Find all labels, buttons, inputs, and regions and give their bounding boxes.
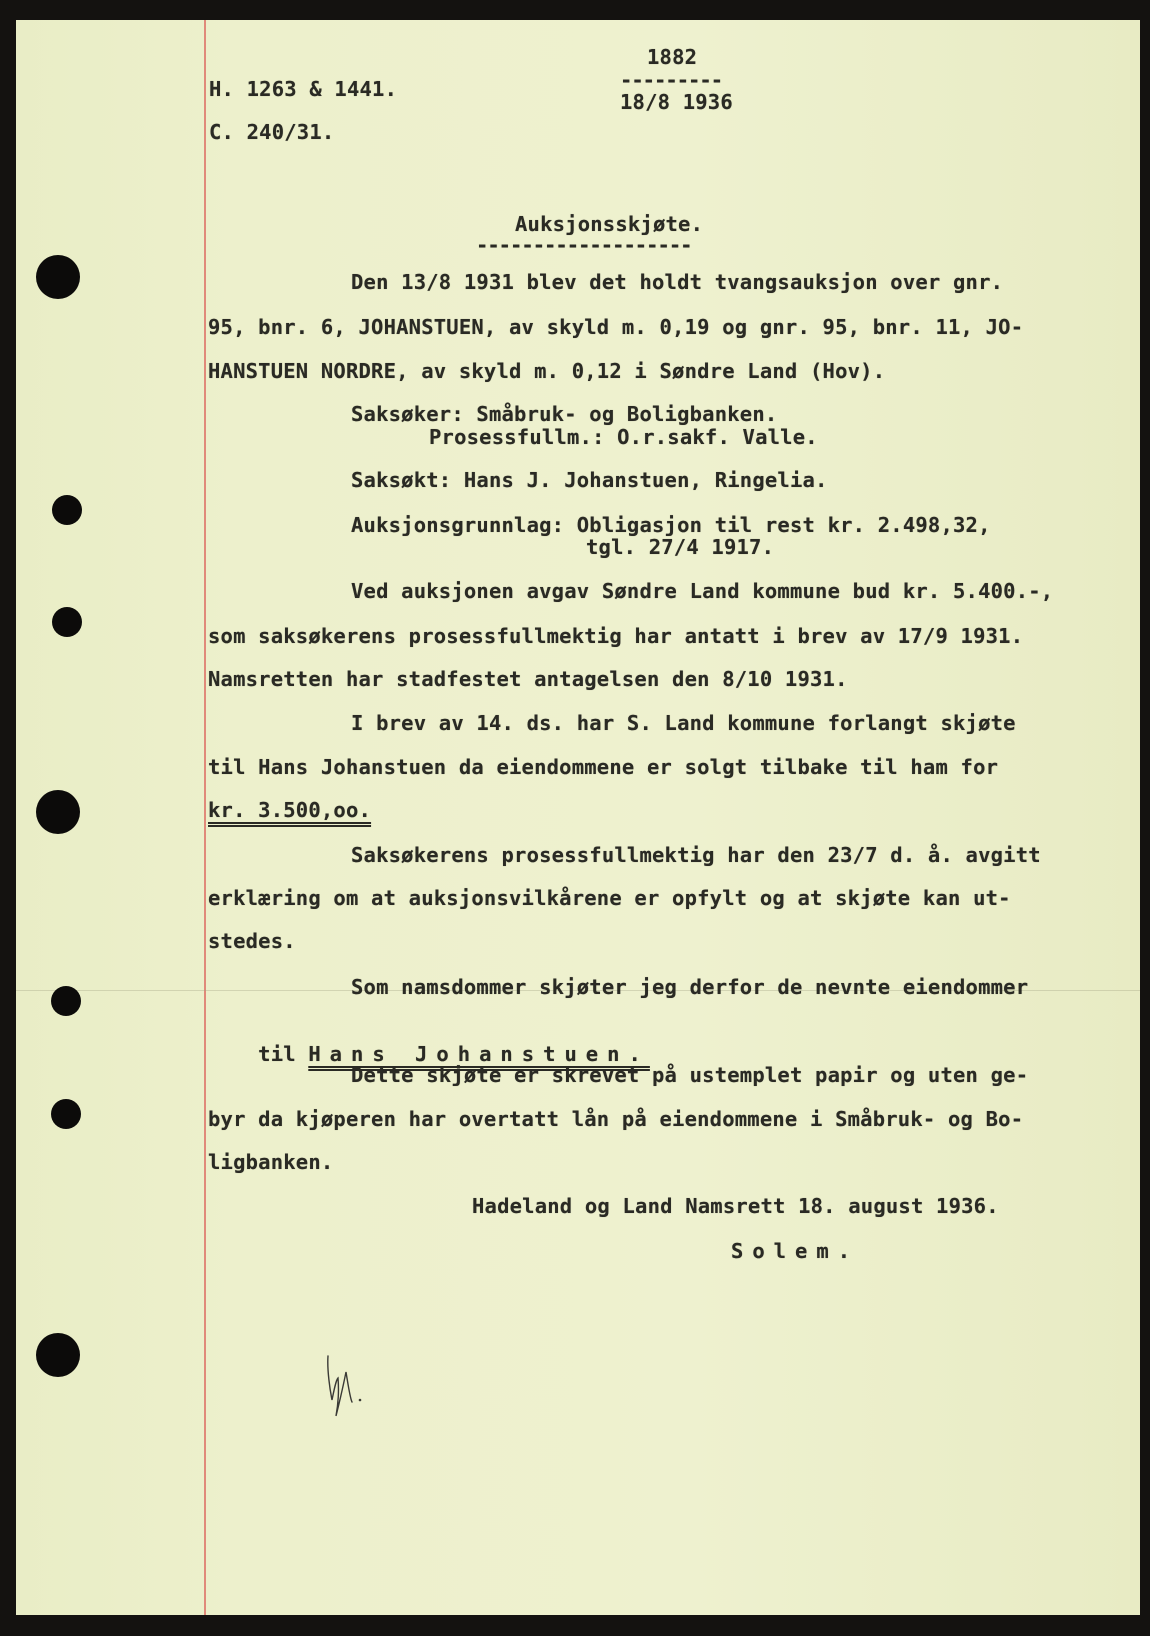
body-line: I brev av 14. ds. har S. Land kommune fo… [351,711,1016,735]
punch-hole [52,495,82,525]
body-line: Den 13/8 1931 blev det holdt tvangsauksj… [351,270,1003,294]
punch-hole [52,607,82,637]
body-line: til Hans Johanstuen da eiendommene er so… [208,755,998,779]
body-line: stedes. [208,929,296,953]
body-line: Som namsdommer skjøter jeg derfor de nev… [351,975,1028,999]
plaintiff-line: Saksøker: Småbruk- og Boligbanken. [351,402,777,426]
body-line: byr da kjøperen har overtatt lån på eien… [208,1107,1023,1131]
punch-hole [36,1333,80,1377]
auction-basis-line-2: tgl. 27/4 1917. [586,535,774,559]
page-number-rule: --------- [620,68,722,92]
case-reference-1: H. 1263 & 1441. [209,77,397,101]
punch-hole [36,255,80,299]
body-line: erklæring om at auksjonsvilkårene er opf… [208,886,1011,910]
signer-name: Solem. [731,1239,859,1263]
body-line: 95, bnr. 6, JOHANSTUEN, av skyld m. 0,19… [208,315,1023,339]
body-line: Dette skjøte er skrevet på ustemplet pap… [351,1063,1028,1087]
margin-line [204,20,206,1615]
document-date: 18/8 1936 [620,90,733,114]
case-reference-2: C. 240/31. [209,120,334,144]
auction-basis-line: Auksjonsgrunnlag: Obligasjon til rest kr… [351,513,991,537]
place-and-date: Hadeland og Land Namsrett 18. august 193… [472,1194,999,1218]
defendant-line: Saksøkt: Hans J. Johanstuen, Ringelia. [351,468,828,492]
page-number: 1882 [647,45,697,69]
body-line: Namsretten har stadfestet antagelsen den… [208,667,848,691]
body-line: Saksøkerens prosessfullmektig har den 23… [351,843,1041,867]
punch-hole [36,790,80,834]
body-line: som saksøkerens prosessfullmektig har an… [208,624,1023,648]
handwritten-initials [324,1350,374,1420]
sale-amount: kr. 3.500,oo. [208,798,371,822]
body-line: ligbanken. [208,1150,333,1174]
title-rule: ------------------- [476,233,692,257]
body-line: Ved auksjonen avgav Søndre Land kommune … [351,579,1053,603]
punch-hole [51,986,81,1016]
plaintiff-attorney-line: Prosessfullm.: O.r.sakf. Valle. [429,425,818,449]
body-line: HANSTUEN NORDRE, av skyld m. 0,12 i Sønd… [208,359,885,383]
document-page: H. 1263 & 1441. C. 240/31. 1882 --------… [16,20,1140,1615]
punch-hole [51,1099,81,1129]
conveyance-prefix: til [258,1042,308,1066]
